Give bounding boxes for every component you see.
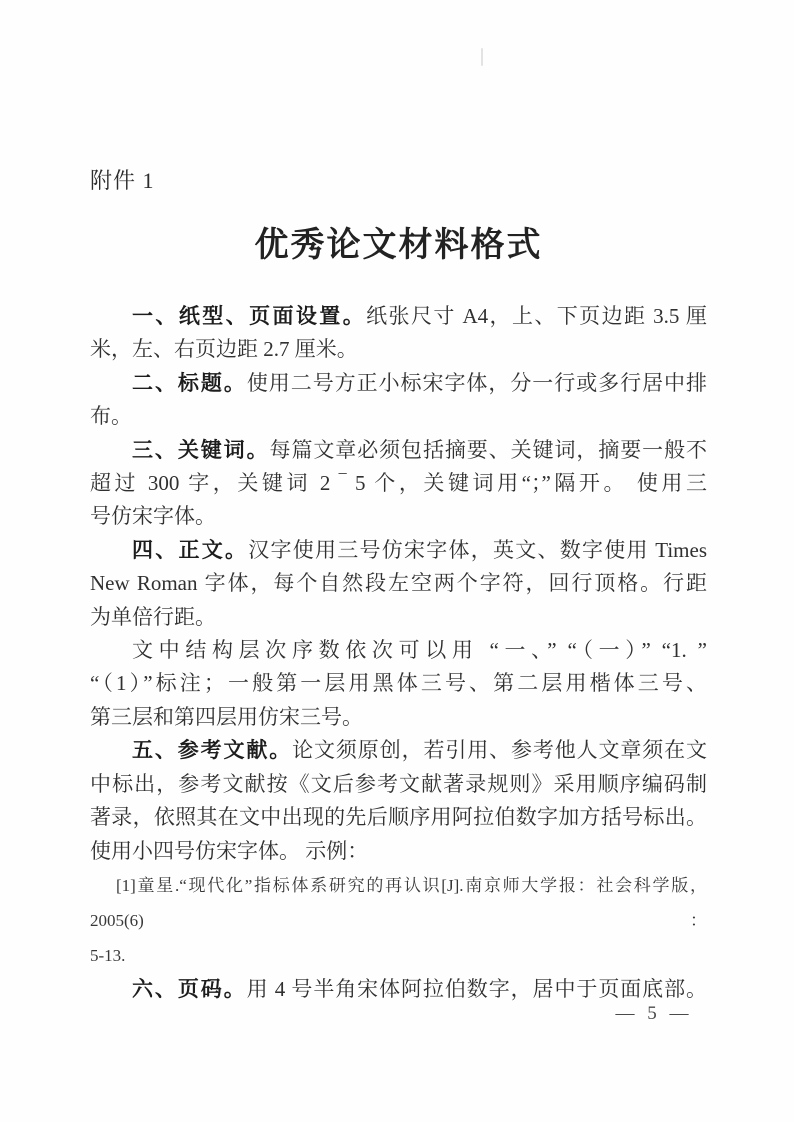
- body-text: 汉字使用三号仿宋字体，英文、数字使用 Times: [248, 538, 707, 562]
- body-line: 五、参考文献。论文须原创，若引用、参考他人文章须在文: [90, 734, 707, 767]
- body-line: 号仿宋字体。: [90, 500, 707, 533]
- section-lead-text: 五、参考文献。: [132, 739, 292, 762]
- body-text: 用 4 号半角宋体阿拉伯数字，居中于页面底部。: [247, 977, 707, 1001]
- body-text: [1]童星.“现代化”指标体系研究的再认识[J].南京师大学报：社会科学版，20…: [90, 876, 707, 930]
- document-body: 一、纸型、页面设置。纸张尺寸 A4，上、下页边距 3.5 厘米，左、右页边距 2…: [90, 300, 707, 1006]
- body-line: 一、纸型、页面设置。纸张尺寸 A4，上、下页边距 3.5 厘: [90, 300, 707, 333]
- body-text: 超过 300 字，关键词 2 ‾ 5 个，关键词用“；”隔开。 使用三: [90, 471, 707, 495]
- document-title: 优秀论文材料格式: [90, 226, 707, 266]
- body-line: 四、正文。汉字使用三号仿宋字体，英文、数字使用 Times: [90, 534, 707, 567]
- body-text: 使用小四号仿宋字体。 示例：: [90, 839, 368, 863]
- body-text: 论文须原创，若引用、参考他人文章须在文: [292, 738, 707, 762]
- body-line: 文中结构层次序数依次可以用 “一、” “（一）” “1. ”: [90, 634, 707, 667]
- body-text: 5-13.: [90, 946, 125, 965]
- body-line: 第三层和第四层用仿宋三号。: [90, 701, 707, 734]
- body-text: 为单倍行距。: [90, 605, 216, 629]
- body-line: 布。: [90, 400, 707, 433]
- body-line: “（1）”标注；一般第一层用黑体三号、第二层用楷体三号、: [90, 667, 707, 700]
- body-line: New Roman 字体，每个自然段左空两个字符，回行顶格。行距: [90, 567, 707, 600]
- body-text: 中标出，参考文献按《文后参考文献著录规则》采用顺序编码制: [90, 772, 707, 796]
- section-lead-text: 六、页码。: [132, 978, 247, 1001]
- body-text: 布。: [90, 404, 132, 428]
- page-number: — 5 —: [592, 1003, 716, 1025]
- body-text: “（1）”标注；一般第一层用黑体三号、第二层用楷体三号、: [90, 671, 707, 695]
- body-text: 每篇文章必须包括摘要、关键词，摘要一般不: [270, 438, 707, 462]
- scan-artifact: [481, 48, 483, 66]
- body-text: 著录，依照其在文中出现的先后顺序用阿拉伯数字加方括号标出。: [90, 805, 707, 829]
- section-lead-text: 二、标题。: [132, 372, 247, 395]
- body-line: 三、关键词。每篇文章必须包括摘要、关键词，摘要一般不: [90, 434, 707, 467]
- body-text: 文中结构层次序数依次可以用 “一、” “（一）” “1. ”: [132, 638, 707, 662]
- body-line: 中标出，参考文献按《文后参考文献著录规则》采用顺序编码制: [90, 768, 707, 801]
- body-line: 著录，依照其在文中出现的先后顺序用阿拉伯数字加方括号标出。: [90, 801, 707, 834]
- body-line: 为单倍行距。: [90, 601, 707, 634]
- body-line: 米，左、右页边距 2.7 厘米。: [90, 333, 707, 366]
- attachment-label: 附件 1: [90, 168, 707, 194]
- scanned-document-page: 附件 1 优秀论文材料格式 一、纸型、页面设置。纸张尺寸 A4，上、下页边距 3…: [0, 0, 794, 1122]
- body-line: 使用小四号仿宋字体。 示例：: [90, 835, 707, 868]
- body-text: 使用二号方正小标宋字体，分一行或多行居中排: [247, 371, 707, 395]
- citation-line: 5-13.: [90, 938, 707, 973]
- body-text: 号仿宋字体。: [90, 504, 216, 528]
- body-line: 二、标题。使用二号方正小标宋字体，分一行或多行居中排: [90, 367, 707, 400]
- citation-line: [1]童星.“现代化”指标体系研究的再认识[J].南京师大学报：社会科学版，20…: [90, 868, 707, 938]
- body-text: New Roman 字体，每个自然段左空两个字符，回行顶格。行距: [90, 571, 707, 595]
- body-text: 第三层和第四层用仿宋三号。: [90, 705, 363, 729]
- document-content: 附件 1 优秀论文材料格式 一、纸型、页面设置。纸张尺寸 A4，上、下页边距 3…: [90, 168, 707, 1006]
- body-text: 纸张尺寸 A4，上、下页边距 3.5 厘: [366, 304, 707, 328]
- body-line: 六、页码。用 4 号半角宋体阿拉伯数字，居中于页面底部。: [90, 973, 707, 1006]
- section-lead-text: 一、纸型、页面设置。: [132, 305, 366, 328]
- section-lead-text: 四、正文。: [132, 539, 248, 562]
- body-text: 米，左、右页边距 2.7 厘米。: [90, 337, 358, 361]
- section-lead-text: 三、关键词。: [132, 439, 270, 462]
- body-line: 超过 300 字，关键词 2 ‾ 5 个，关键词用“；”隔开。 使用三: [90, 467, 707, 500]
